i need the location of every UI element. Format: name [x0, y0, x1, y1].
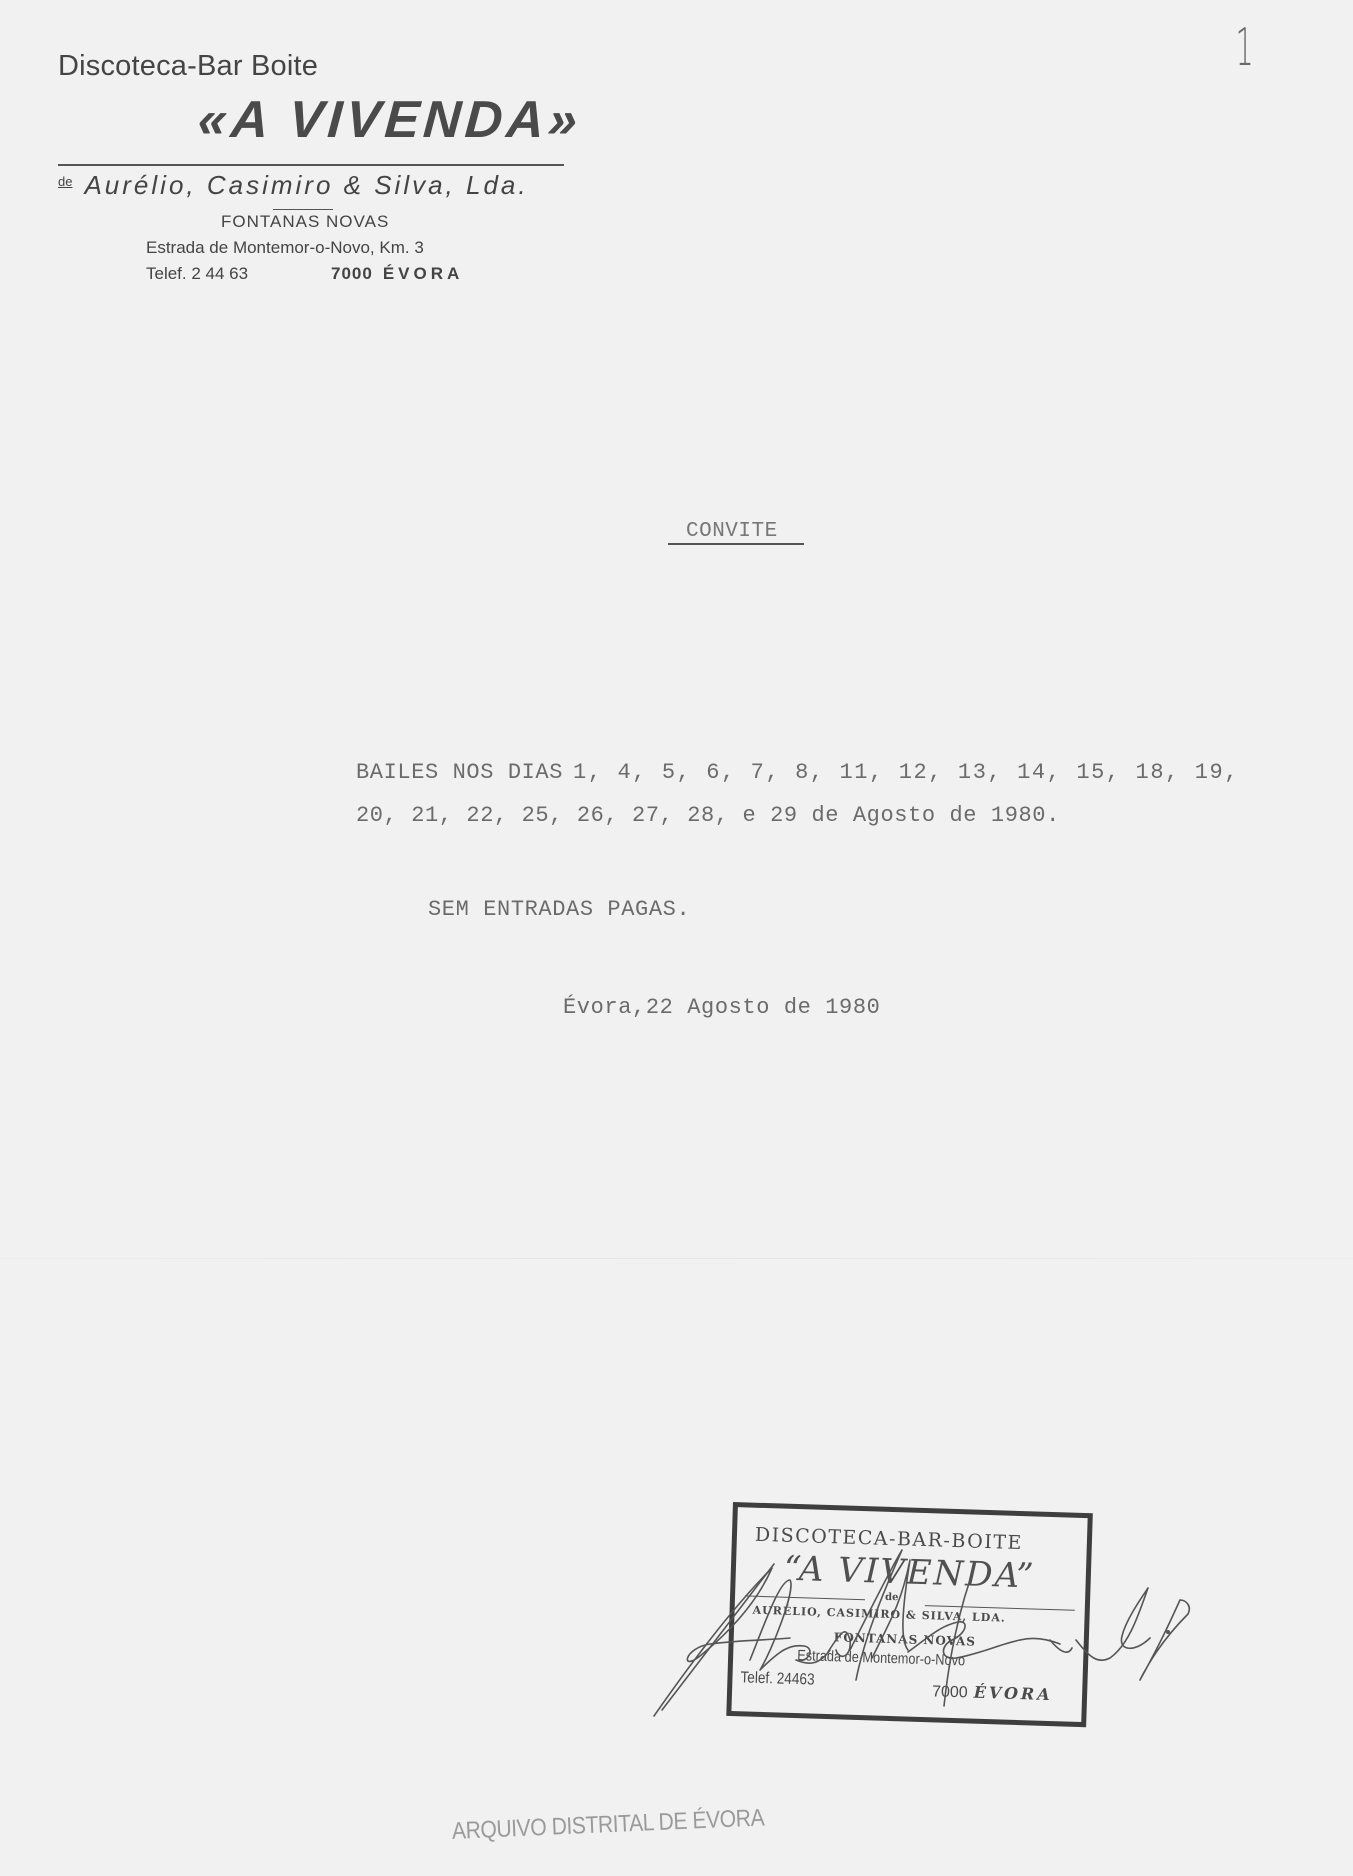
- document-title: CONVITE: [686, 520, 778, 543]
- archive-stamp: ARQUIVO DISTRITAL DE ÉVORA: [451, 1804, 764, 1846]
- place-and-date: Évora,22 Agosto de 1980: [563, 995, 880, 1020]
- stamp-city-name: ÉVORA: [973, 1683, 1053, 1704]
- letterhead-locality: FONTANAS NOVAS: [221, 212, 389, 232]
- letterhead-phone: Telef. 2 44 63: [146, 264, 248, 284]
- title-underline: [668, 543, 804, 545]
- letterhead-divider: [58, 164, 564, 166]
- letterhead-city: 7000ÉVORA: [331, 264, 463, 284]
- stamp-locality: FONTANAS NOVAS: [834, 1630, 977, 1648]
- stamp-de: de: [885, 1592, 899, 1603]
- letterhead-address: Estrada de Montemor-o-Novo, Km. 3: [146, 238, 424, 258]
- stamp-address: Estrada de Montemor-o-Novo: [797, 1647, 965, 1669]
- letterhead-business-name: «A VIVENDA»: [196, 90, 583, 150]
- company-stamp: DISCOTECA-BAR-BOITE “A VIVENDA” de AURÉL…: [726, 1502, 1093, 1727]
- dance-days-intro: BAILES NOS DIAS: [356, 760, 563, 785]
- dance-days-list-1: 1, 4, 5, 6, 7, 8, 11, 12, 13, 14, 15, 18…: [573, 760, 1239, 785]
- stamp-business-name: “A VIVENDA”: [783, 1549, 1036, 1597]
- letterhead-business-type: Discoteca-Bar Boite: [58, 50, 318, 83]
- dance-days-line-1: BAILES NOS DIAS1, 4, 5, 6, 7, 8, 11, 12,…: [356, 760, 1239, 785]
- letterhead-postal-code: 7000: [331, 264, 373, 283]
- letterhead-short-divider: [273, 209, 333, 210]
- stamp-divider-left: [745, 1595, 865, 1600]
- stamp-city: 7000ÉVORA: [932, 1681, 1053, 1705]
- letterhead-city-name: ÉVORA: [383, 264, 463, 283]
- letterhead-owner: deAurélio, Casimiro & Silva, Lda.: [58, 170, 529, 201]
- letterhead-owner-name: Aurélio, Casimiro & Silva, Lda.: [84, 170, 528, 200]
- page-fold-crease: [0, 1258, 1353, 1259]
- stamp-phone: Telef. 24463: [740, 1669, 815, 1689]
- dance-days-line-2: 20, 21, 22, 25, 26, 27, 28, e 29 de Agos…: [356, 803, 1060, 828]
- letterhead-owner-prefix: de: [58, 174, 72, 189]
- no-paid-entry-note: SEM ENTRADAS PAGAS.: [428, 897, 690, 922]
- page-number: 1: [1235, 18, 1253, 78]
- stamp-postal-code: 7000: [932, 1683, 968, 1701]
